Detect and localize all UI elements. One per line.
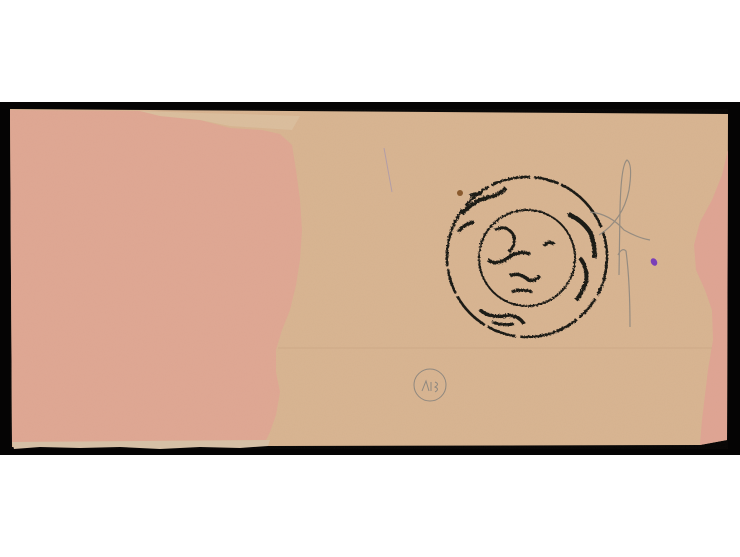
stain-spot bbox=[457, 190, 463, 196]
postal-item-photo bbox=[0, 0, 740, 557]
